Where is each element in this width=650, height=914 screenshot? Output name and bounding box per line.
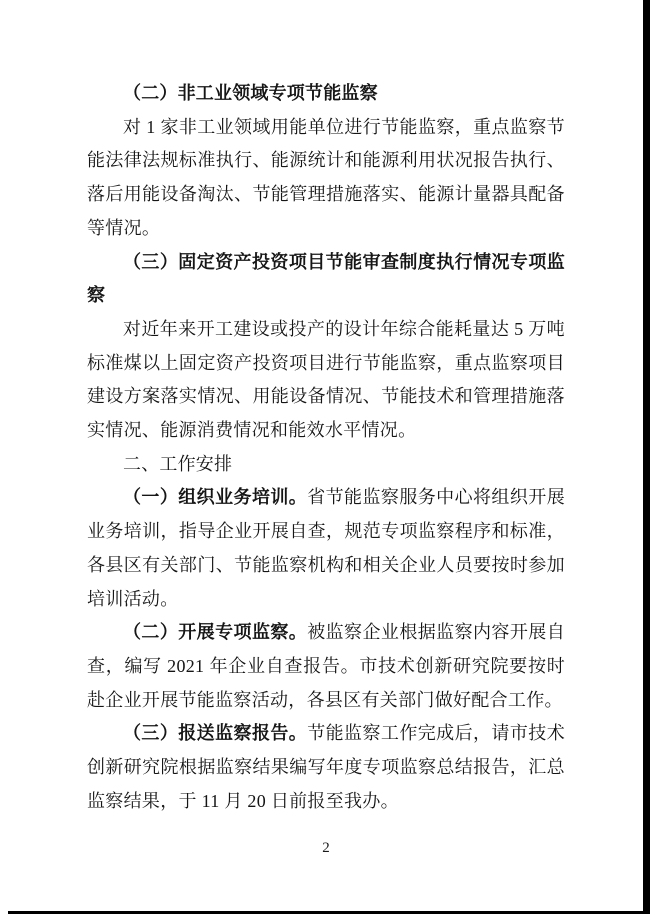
paragraph-report-submission: （三）报送监察报告。节能监察工作完成后，请市技术创新研究院根据监察结果编写年度专… bbox=[87, 717, 565, 818]
scan-edge-right bbox=[643, 0, 650, 914]
paragraph-special-supervision: （二）开展专项监察。被监察企业根据监察内容开展自查，编写 2021 年企业自查报… bbox=[87, 616, 565, 717]
section-heading-3-fixed-asset-projects: （三）固定资产投资项目节能审查制度执行情况专项监察 bbox=[87, 246, 565, 313]
paragraph-training: （一）组织业务培训。省节能监察服务中心将组织开展业务培训，指导企业开展自查，规范… bbox=[87, 481, 565, 616]
paragraph-fixed-asset-scope: 对近年来开工建设或投产的设计年综合能耗量达 5 万吨标准煤以上固定资产投资项目进… bbox=[87, 313, 565, 448]
part-heading-work-arrangement: 二、工作安排 bbox=[87, 448, 565, 482]
page-number: 2 bbox=[87, 838, 565, 858]
paragraph-nonindustrial-scope: 对 1 家非工业领域用能单位进行节能监察，重点监察节能法律法规标准执行、能源统计… bbox=[87, 111, 565, 246]
document-page: （二）非工业领域专项节能监察 对 1 家非工业领域用能单位进行节能监察，重点监察… bbox=[0, 0, 650, 914]
paragraph-lead-special-supervision: （二）开展专项监察。 bbox=[123, 622, 307, 642]
paragraph-lead-training: （一）组织业务培训。 bbox=[123, 487, 307, 507]
paragraph-lead-report-submission: （三）报送监察报告。 bbox=[123, 723, 307, 743]
section-heading-2-nonindustrial: （二）非工业领域专项节能监察 bbox=[87, 77, 565, 111]
document-content: （二）非工业领域专项节能监察 对 1 家非工业领域用能单位进行节能监察，重点监察… bbox=[87, 77, 565, 818]
